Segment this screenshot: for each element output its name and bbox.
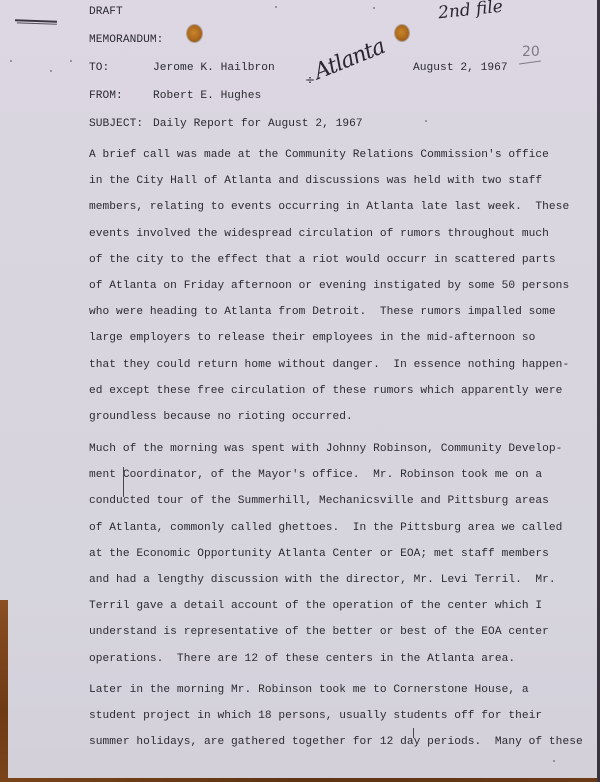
- from-label: FROM:: [89, 90, 123, 102]
- paper-speck: [275, 6, 277, 8]
- memo-line: that they could return home without dang…: [89, 359, 569, 371]
- handwritten-mark: ÷: [305, 73, 315, 87]
- to-value: Jerome K. Hailbron: [153, 62, 275, 74]
- punch-hole-left: [187, 25, 202, 42]
- memo-line: operations. There are 12 of these center…: [89, 653, 515, 665]
- paper-speck: [10, 60, 12, 62]
- memo-line: at the Economic Opportunity Atlanta Cent…: [89, 548, 549, 560]
- memo-line: understand is representative of the bett…: [89, 626, 549, 638]
- wood-desk-edge-left: [0, 600, 8, 782]
- proof-mark: [413, 728, 414, 738]
- to-label: TO:: [89, 62, 109, 74]
- memo-line: of Atlanta, commonly called ghettoes. In…: [89, 522, 562, 534]
- memo-line: Terril gave a detail account of the oper…: [89, 600, 542, 612]
- paper-speck: [425, 120, 427, 122]
- paper-speck: [50, 70, 52, 72]
- memo-line: in the City Hall of Atlanta and discussi…: [89, 175, 542, 187]
- subject-label: SUBJECT:: [89, 118, 143, 130]
- memo-line: and had a lengthy discussion with the di…: [89, 574, 556, 586]
- memo-line: events involved the widespread circulati…: [89, 228, 549, 240]
- memo-line: A brief call was made at the Community R…: [89, 149, 549, 161]
- paper-speck: [70, 60, 72, 62]
- memo-line: members, relating to events occurring in…: [89, 201, 569, 213]
- paper-speck: [373, 7, 375, 9]
- from-value: Robert E. Hughes: [153, 90, 261, 102]
- memo-line: large employers to release their employe…: [89, 332, 535, 344]
- proof-mark: [123, 483, 124, 497]
- memo-line: who were heading to Atlanta from Detroit…: [89, 306, 556, 318]
- memo-line: of the city to the effect that a riot wo…: [89, 254, 556, 266]
- paper-speck: [553, 760, 555, 762]
- memo-line: student project in which 18 persons, usu…: [89, 710, 542, 722]
- memo-line: of Atlanta on Friday afternoon or evenin…: [89, 280, 569, 292]
- memo-line: ed except these free circulation of thes…: [89, 385, 562, 397]
- memo-date: August 2, 1967: [413, 62, 508, 74]
- memo-line: ment Coordinator, of the Mayor's office.…: [89, 469, 542, 481]
- wood-desk-edge-bottom: [0, 778, 600, 782]
- punch-hole-right: [395, 25, 409, 41]
- memorandum-label: MEMORANDUM:: [89, 34, 163, 46]
- memo-line: Later in the morning Mr. Robinson took m…: [89, 684, 529, 696]
- subject-value: Daily Report for August 2, 1967: [153, 118, 363, 130]
- memo-line: conducted tour of the Summerhill, Mechan…: [89, 495, 549, 507]
- draft-label: DRAFT: [89, 6, 123, 18]
- memo-line: groundless because no rioting occurred.: [89, 411, 353, 423]
- handwritten-page-number: 20: [522, 44, 540, 60]
- memo-line: Much of the morning was spent with Johnn…: [89, 443, 562, 455]
- memo-line: summer holidays, are gathered together f…: [89, 736, 583, 748]
- margin-dash-mark: [15, 19, 57, 22]
